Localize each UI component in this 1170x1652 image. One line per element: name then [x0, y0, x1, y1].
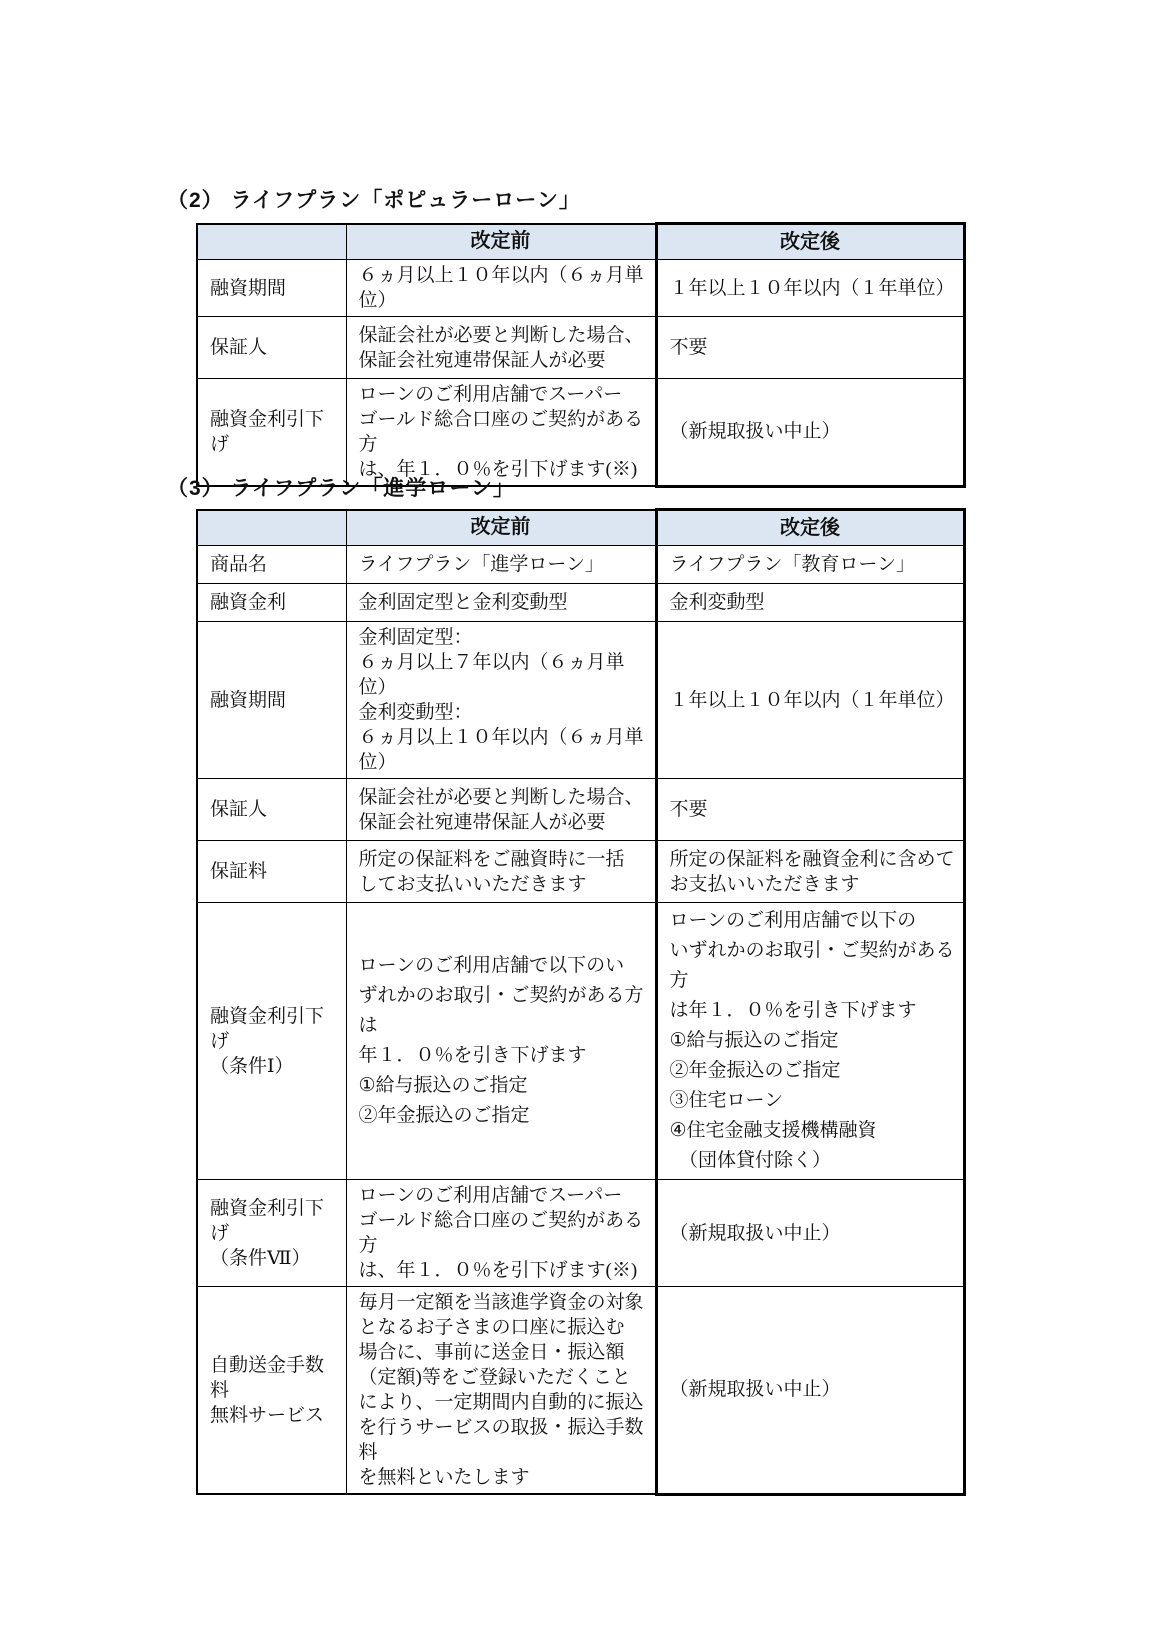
after-cell: 不要 [656, 317, 964, 379]
popular-loan-revision-table: 改定前 改定後 融資期間 ６ヵ月以上１０年以内（６ヵ月単位） １年以上１０年以内… [196, 222, 966, 488]
before-cell: ローンのご利用店舗でスーパー ゴールド総合口座のご契約がある方 は、年１．０％を… [346, 379, 656, 487]
before-cell: 金利固定型： ６ヵ月以上７年以内（６ヵ月単位） 金利変動型： ６ヵ月以上１０年以… [346, 622, 656, 779]
row-label: 融資期間 [197, 622, 346, 779]
shingaku-loan-revision-table: 改定前 改定後 商品名 ライフプラン「進学ローン」 ライフプラン「教育ローン」 … [196, 508, 966, 1496]
before-cell: 保証会社が必要と判断した場合、 保証会社宛連帯保証人が必要 [346, 779, 656, 841]
after-cell: （新規取扱い中止） [656, 1180, 964, 1287]
row-label: 融資期間 [197, 260, 346, 317]
row-label: 融資金利引下げ （条件Ⅰ） [197, 903, 346, 1180]
before-cell: 所定の保証料をご融資時に一括 してお支払いいただきます [346, 841, 656, 903]
after-cell: ローンのご利用店舗で以下の いずれかのお取引・ご契約がある方 は年１．０％を引き… [656, 903, 964, 1180]
before-cell: ライフプラン「進学ローン」 [346, 546, 656, 584]
corner-cell [197, 224, 346, 260]
section-2-heading: （2） ライフプラン「ポピュラーローン」 [167, 184, 581, 214]
before-cell: ローンのご利用店舗でスーパー ゴールド総合口座のご契約がある方 は、年１．０％を… [346, 1180, 656, 1287]
row-label: 融資金利引下げ [197, 379, 346, 487]
table-row: 自動送金手数料 無料サービス 毎月一定額を当該進学資金の対象 となるお子さまの口… [197, 1287, 964, 1495]
table-row: 融資金利引下げ （条件Ⅰ） ローンのご利用店舗で以下のい ずれかのお取引・ご契約… [197, 903, 964, 1180]
document-page: （2） ライフプラン「ポピュラーローン」 改定前 改定後 融資期間 ６ヵ月以上１… [0, 0, 1170, 1652]
table-row: 保証料 所定の保証料をご融資時に一括 してお支払いいただきます 所定の保証料を融… [197, 841, 964, 903]
row-label: 商品名 [197, 546, 346, 584]
before-cell: 毎月一定額を当該進学資金の対象 となるお子さまの口座に振込む 場合に、事前に送金… [346, 1287, 656, 1495]
table-row: 保証人 保証会社が必要と判断した場合、 保証会社宛連帯保証人が必要 不要 [197, 779, 964, 841]
row-label: 保証人 [197, 779, 346, 841]
before-cell: 保証会社が必要と判断した場合、 保証会社宛連帯保証人が必要 [346, 317, 656, 379]
after-cell: 金利変動型 [656, 584, 964, 622]
table-row: 商品名 ライフプラン「進学ローン」 ライフプラン「教育ローン」 [197, 546, 964, 584]
row-label: 融資金利 [197, 584, 346, 622]
table-row: 融資期間 金利固定型： ６ヵ月以上７年以内（６ヵ月単位） 金利変動型： ６ヵ月以… [197, 622, 964, 779]
after-cell: （新規取扱い中止） [656, 379, 964, 487]
before-cell: ローンのご利用店舗で以下のい ずれかのお取引・ご契約がある方は 年１．０％を引き… [346, 903, 656, 1180]
table-row: 融資金利引下げ ローンのご利用店舗でスーパー ゴールド総合口座のご契約がある方 … [197, 379, 964, 487]
corner-cell [197, 510, 346, 546]
before-cell: 金利固定型と金利変動型 [346, 584, 656, 622]
col-header-after: 改定後 [656, 510, 964, 546]
table-row: 融資金利 金利固定型と金利変動型 金利変動型 [197, 584, 964, 622]
after-cell: １年以上１０年以内（１年単位） [656, 260, 964, 317]
col-header-after: 改定後 [656, 224, 964, 260]
table-row: 融資金利引下げ （条件Ⅶ） ローンのご利用店舗でスーパー ゴールド総合口座のご契… [197, 1180, 964, 1287]
col-header-before: 改定前 [346, 510, 656, 546]
table-header-row: 改定前 改定後 [197, 224, 964, 260]
table-row: 融資期間 ６ヵ月以上１０年以内（６ヵ月単位） １年以上１０年以内（１年単位） [197, 260, 964, 317]
after-cell: １年以上１０年以内（１年単位） [656, 622, 964, 779]
row-label: 自動送金手数料 無料サービス [197, 1287, 346, 1495]
after-cell: （新規取扱い中止） [656, 1287, 964, 1495]
table-row: 保証人 保証会社が必要と判断した場合、 保証会社宛連帯保証人が必要 不要 [197, 317, 964, 379]
row-label: 保証料 [197, 841, 346, 903]
row-label: 保証人 [197, 317, 346, 379]
after-cell: 不要 [656, 779, 964, 841]
row-label: 融資金利引下げ （条件Ⅶ） [197, 1180, 346, 1287]
before-cell: ６ヵ月以上１０年以内（６ヵ月単位） [346, 260, 656, 317]
after-cell: ライフプラン「教育ローン」 [656, 546, 964, 584]
col-header-before: 改定前 [346, 224, 656, 260]
after-cell: 所定の保証料を融資金利に含めて お支払いいただきます [656, 841, 964, 903]
section-3-heading: （3） ライフプラン「進学ローン」 [167, 472, 515, 502]
table-header-row: 改定前 改定後 [197, 510, 964, 546]
